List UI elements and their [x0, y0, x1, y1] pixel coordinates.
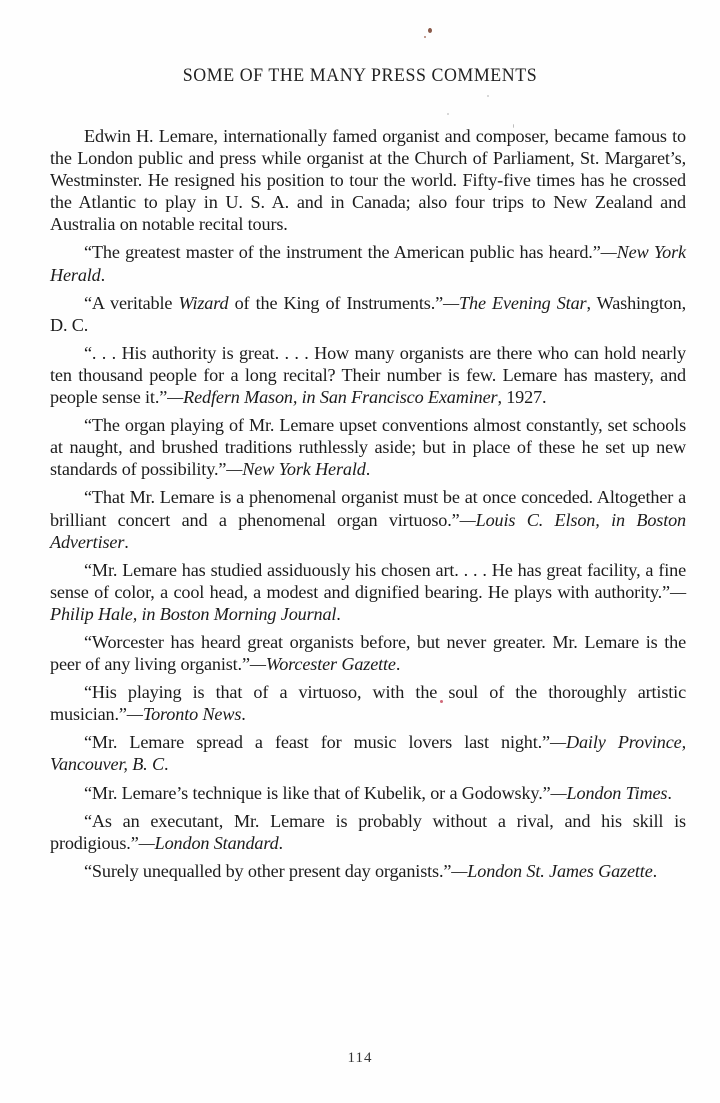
- scan-speck: [424, 36, 426, 38]
- comment-source: —Toronto News: [127, 704, 241, 724]
- scan-speck: [487, 95, 489, 97]
- comment-quote: “Mr. Lemare’s technique is like that of …: [84, 783, 551, 803]
- document-page: SOME OF THE MANY PRESS COMMENTS Edwin H.…: [0, 0, 720, 1103]
- comment-paragraph: “The greatest master of the instrument t…: [50, 241, 686, 285]
- comment-paragraph: “Mr. Lemare’s technique is like that of …: [50, 782, 686, 804]
- comment-tail: .: [336, 604, 340, 624]
- press-comments-body: Edwin H. Lemare, internationally famed o…: [50, 125, 686, 888]
- comment-tail: .: [396, 654, 400, 674]
- comment-source: —The Evening Star: [443, 293, 586, 313]
- comment-quote: “The greatest master of the instrument t…: [84, 242, 601, 262]
- comment-tail: .: [164, 754, 168, 774]
- comment-source: —London Standard: [139, 833, 279, 853]
- comment-paragraph: “A veritable Wizard of the King of Instr…: [50, 292, 686, 336]
- intro-paragraph: Edwin H. Lemare, internationally famed o…: [50, 125, 686, 235]
- comment-source: —Worcester Gazette: [250, 654, 396, 674]
- comment-tail: .: [101, 265, 105, 285]
- comment-quote: “A veritable: [84, 293, 178, 313]
- comment-source: —London St. James Gazette: [451, 861, 652, 881]
- comment-tail: .: [653, 861, 657, 881]
- comment-tail: , 1927.: [497, 387, 546, 407]
- comment-tail: .: [667, 783, 671, 803]
- comment-quote: of the King of Instruments.”: [228, 293, 443, 313]
- comment-paragraph: “Mr. Lemare spread a feast for music lov…: [50, 731, 686, 775]
- comment-paragraph: “. . . His authority is great. . . . How…: [50, 342, 686, 408]
- comment-quote: “Surely unequalled by other present day …: [84, 861, 451, 881]
- comment-paragraph: “His playing is that of a virtuoso, with…: [50, 681, 686, 725]
- comment-paragraph: “Worcester has heard great organists bef…: [50, 631, 686, 675]
- comment-quote: “Mr. Lemare has studied assiduously his …: [50, 560, 686, 602]
- comment-paragraph: “As an executant, Mr. Lemare is probably…: [50, 810, 686, 854]
- comment-emphasis: Wizard: [178, 293, 228, 313]
- comment-source: —Redfern Mason, in San Francisco Examine…: [167, 387, 497, 407]
- comment-tail: .: [241, 704, 245, 724]
- scan-speck: [447, 113, 449, 115]
- comment-source: —New York Herald: [226, 459, 365, 479]
- comment-paragraph: “The organ playing of Mr. Lemare upset c…: [50, 414, 686, 480]
- comment-paragraph: “Surely unequalled by other present day …: [50, 860, 686, 882]
- comment-source: —London Times: [551, 783, 668, 803]
- comment-paragraph: “Mr. Lemare has studied assiduously his …: [50, 559, 686, 625]
- comment-tail: .: [279, 833, 283, 853]
- comment-tail: .: [124, 532, 128, 552]
- scan-speck: [428, 28, 432, 33]
- page-title: SOME OF THE MANY PRESS COMMENTS: [22, 65, 699, 87]
- page-number: 114: [0, 1050, 720, 1067]
- comment-tail: .: [366, 459, 370, 479]
- comment-quote: “Mr. Lemare spread a feast for music lov…: [84, 732, 550, 752]
- comment-paragraph: “That Mr. Lemare is a phenomenal organis…: [50, 486, 686, 552]
